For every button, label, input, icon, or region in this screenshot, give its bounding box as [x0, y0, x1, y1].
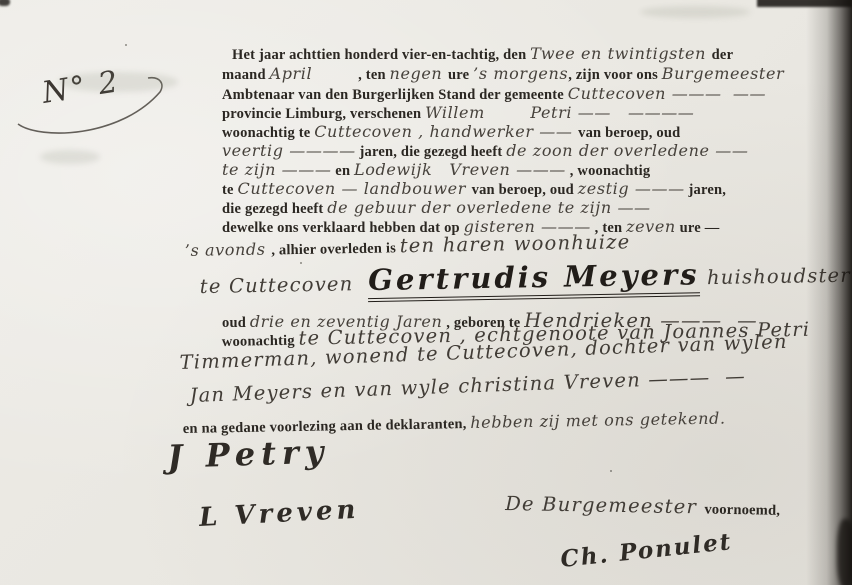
handwritten-text: Jan Meyers en van wyle christina Vreven … — [189, 365, 746, 407]
act-text-line: De Burgemeester voornoemd, — [505, 494, 780, 520]
signature: Ch. Ponulet — [559, 528, 733, 573]
act-text-line: te Cuttecoven Gertrudis Meyers huishouds… — [199, 257, 851, 299]
act-text-line: Ambtenaar van den Burgerlijken Stand der… — [222, 86, 766, 104]
handwritten-text: Cuttecoven — landbouwer — [238, 179, 472, 198]
ink-speck — [300, 262, 302, 264]
ink-bleed-smudge — [58, 72, 178, 92]
handwritten-text: Burgemeester — [662, 64, 785, 83]
ink-speck — [125, 44, 127, 46]
scan-edge-artifact — [0, 0, 10, 6]
act-text-line: veertig ———— jaren, die gezegd heeft de … — [222, 143, 748, 161]
handwritten-text: te Cuttecoven — [200, 272, 369, 298]
handwritten-text: negen — [390, 64, 448, 83]
handwritten-text: de gebuur der overledene te zijn —— — [327, 198, 650, 217]
act-text-line: maand April , ten negen ure ’s morgens, … — [222, 66, 784, 84]
printed-text: en — [331, 163, 354, 179]
printed-text: jaren, — [685, 182, 726, 198]
handwritten-text: ten haren woonhuize — [400, 230, 631, 257]
handwritten-text: hebben zij met ons getekend. — [470, 409, 726, 432]
handwritten-text: Gertrudis Meyers — [368, 257, 700, 302]
printed-text: , alhier overleden is — [271, 240, 400, 258]
printed-text: Ambtenaar van den Burgerlijken Stand der… — [222, 87, 568, 103]
printed-text: van beroep, oud — [472, 182, 578, 198]
handwritten-text: de zoon der overledene —— — [506, 141, 748, 160]
printed-text: ure — [448, 67, 473, 83]
act-text-line: woonachtig te Cuttecoven , handwerker ——… — [222, 124, 680, 142]
printed-text: die gezegd heeft — [222, 201, 327, 217]
printed-text: , ten — [312, 67, 389, 83]
printed-text: , woonachtig — [566, 163, 650, 179]
printed-text: voornoemd, — [704, 501, 780, 518]
act-text-line: te Cuttecoven — landbouwer van beroep, o… — [222, 181, 726, 199]
handwritten-text: Willem Petri —— ———— — [425, 103, 694, 122]
handwritten-text: Cuttecoven , handwerker —— — [314, 122, 578, 141]
handwritten-text: ’s morgens — [473, 64, 568, 83]
act-text-line: Het jaar achttien honderd vier-en-tachti… — [232, 46, 733, 64]
act-text-line: Jan Meyers en van wyle christina Vreven … — [189, 367, 746, 407]
ink-bleed-smudge — [40, 150, 100, 164]
printed-text: te — [222, 182, 238, 198]
act-text-line: die gezegd heeft de gebuur der overleden… — [222, 200, 651, 218]
signature: L Vreven — [198, 495, 360, 533]
printed-text: , zijn voor ons — [568, 67, 662, 83]
printed-text: jaren, die gezegd heeft — [356, 144, 507, 160]
handwritten-text: Twee en twintigsten — [530, 44, 712, 63]
handwritten-text: April — [270, 64, 313, 83]
handwritten-text: te zijn ——— — [222, 160, 331, 179]
printed-text: der — [712, 47, 734, 63]
act-text-line: provincie Limburg, verschenen Willem Pet… — [222, 105, 694, 123]
handwritten-text: Lodewijk Vreven ——— — [354, 160, 566, 179]
printed-text: Het jaar achttien honderd vier-en-tachti… — [232, 47, 530, 63]
scan-edge-artifact — [837, 519, 852, 585]
handwritten-text: ’s avonds — [185, 239, 272, 260]
page-gutter-shadow — [806, 0, 852, 585]
ink-speck — [610, 470, 612, 472]
scan-edge-artifact — [757, 0, 852, 7]
act-text-line: te zijn ——— en Lodewijk Vreven ——— , woo… — [222, 162, 650, 180]
printed-text: van beroep, oud — [578, 125, 680, 141]
scanned-paper-background: N° 2 Het jaar achttien honderd vier-en-t… — [0, 0, 852, 585]
handwritten-text: zestig ——— — [578, 179, 685, 198]
printed-text: woonachtig te — [222, 125, 314, 141]
ink-bleed-smudge — [640, 6, 750, 18]
printed-text: ure — — [676, 220, 720, 236]
signature: J Petry — [167, 432, 330, 476]
handwritten-text: Cuttecoven ——— —— — [568, 84, 766, 103]
printed-text: maand — [222, 67, 270, 83]
handwritten-text: De Burgemeester — [505, 492, 705, 518]
handwritten-text: veertig ———— — [222, 141, 356, 160]
handwritten-text: zeven — [626, 217, 676, 236]
printed-text: provincie Limburg, verschenen — [222, 106, 425, 122]
